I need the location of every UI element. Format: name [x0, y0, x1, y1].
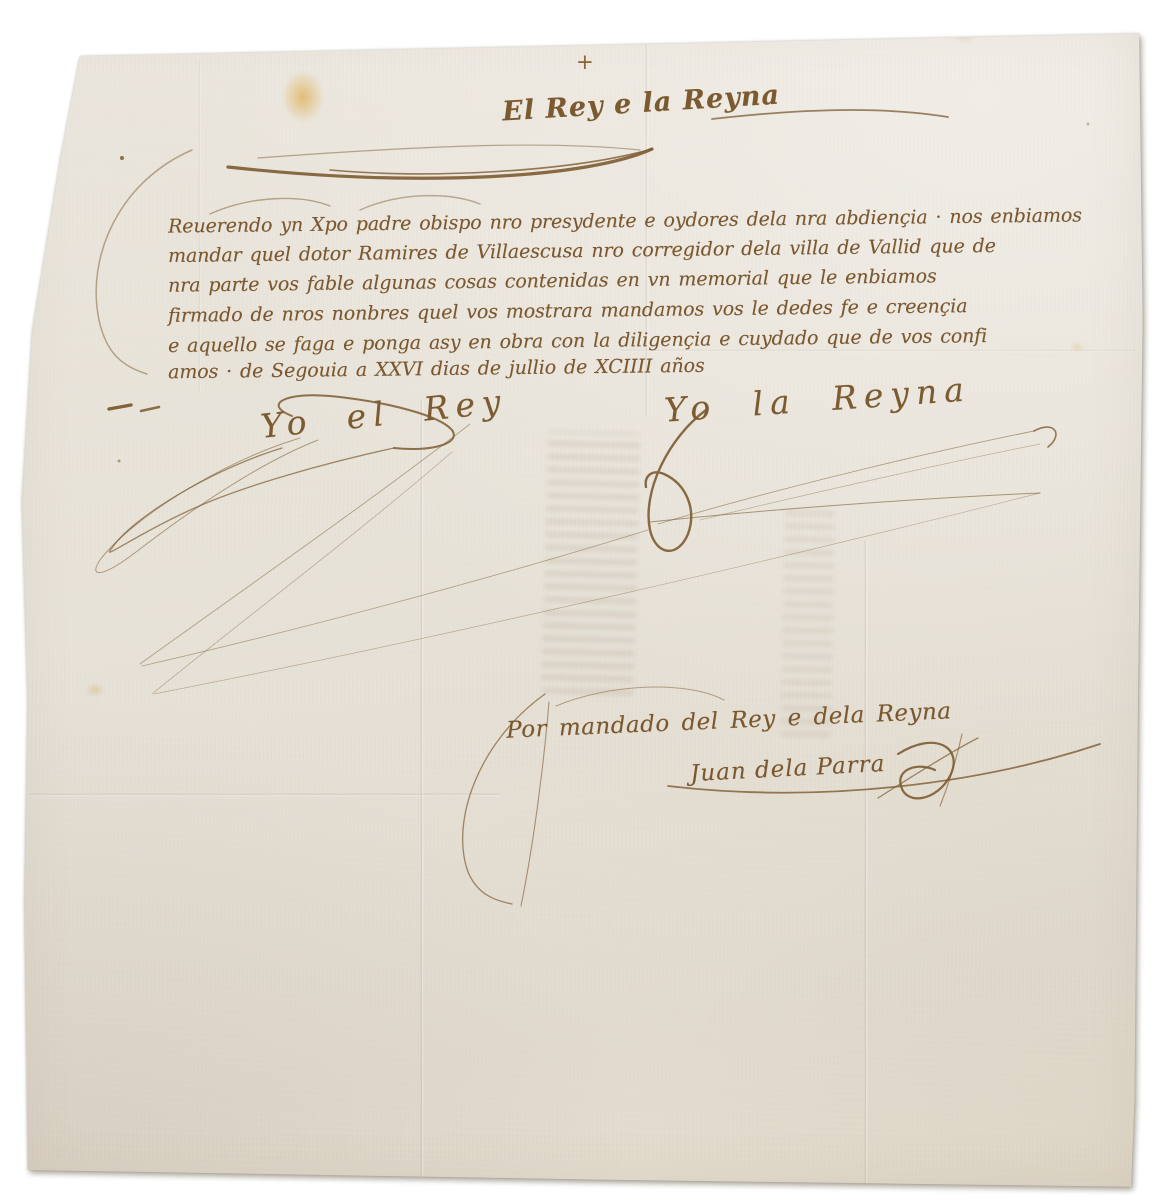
queen-paraph	[700, 444, 1040, 520]
ascender-swash	[210, 198, 330, 214]
secretary-paraph	[878, 738, 978, 798]
manuscript-line: mandar quel dotor Ramires de Villaescusa…	[168, 235, 996, 267]
ink-stain	[278, 66, 328, 128]
fold-crease-vertical	[864, 540, 868, 1192]
ink-speck	[118, 460, 121, 463]
flourish-overlay	[0, 0, 1160, 1200]
queen-paraph	[646, 410, 706, 551]
ink-bleed-through	[781, 505, 835, 738]
manuscript-line: amos · de Segouia a XXVI dias de jullio …	[168, 355, 705, 384]
queen-paraph	[1034, 427, 1056, 447]
paper-texture	[0, 0, 1160, 1200]
queen-paraph	[658, 431, 1034, 524]
king-paraph	[96, 438, 318, 573]
heading-rubric	[330, 149, 652, 174]
queen-signature: Yo la Reyna	[663, 369, 972, 429]
king-paraph	[109, 448, 394, 552]
letter-heading: El Rey e la Reyna	[501, 80, 780, 128]
heading-rubric	[258, 145, 640, 158]
secretary-paraph	[940, 734, 962, 806]
ink-bleed-through	[542, 431, 641, 695]
refrendo-arc	[556, 687, 724, 706]
ink-stain	[84, 682, 106, 698]
heading-rubric	[228, 149, 652, 178]
secretary-paraph	[898, 743, 954, 799]
ink-dash	[109, 405, 131, 409]
ink-speck	[1087, 123, 1090, 126]
king-paraph-hairline	[152, 452, 452, 694]
king-signature: Yo el Rey	[259, 381, 510, 446]
ink-dash	[141, 407, 159, 411]
ink-stain	[1068, 340, 1086, 354]
paper-shadow: + El Rey e la Reyna Reuerendo yn Xpo pad…	[0, 0, 1160, 1200]
manuscript-line: nra parte vos fable algunas cosas conten…	[168, 265, 937, 296]
secretary-signature: Juan dela Parra	[689, 751, 886, 787]
ascender-swash	[360, 196, 480, 210]
photograph-canvas: + El Rey e la Reyna Reuerendo yn Xpo pad…	[0, 0, 1160, 1200]
manuscript-line: Reuerendo yn Xpo padre obispo nro presyd…	[168, 204, 1082, 237]
fold-crease-horizontal	[30, 793, 500, 797]
refrendo-line: Por mandado del Rey e dela Reyna	[506, 698, 952, 743]
ink-stain	[950, 30, 978, 44]
queen-paraph	[650, 493, 1040, 522]
manuscript-line: firmado de nros nonbres quel vos mostrar…	[168, 295, 968, 327]
manuscript-paper: + El Rey e la Reyna Reuerendo yn Xpo pad…	[0, 0, 1160, 1200]
ink-speck	[120, 156, 124, 160]
queen-paraph-hairline	[154, 493, 1040, 694]
queen-paraph-hairline	[142, 530, 648, 666]
invocation-cross: +	[576, 50, 594, 74]
